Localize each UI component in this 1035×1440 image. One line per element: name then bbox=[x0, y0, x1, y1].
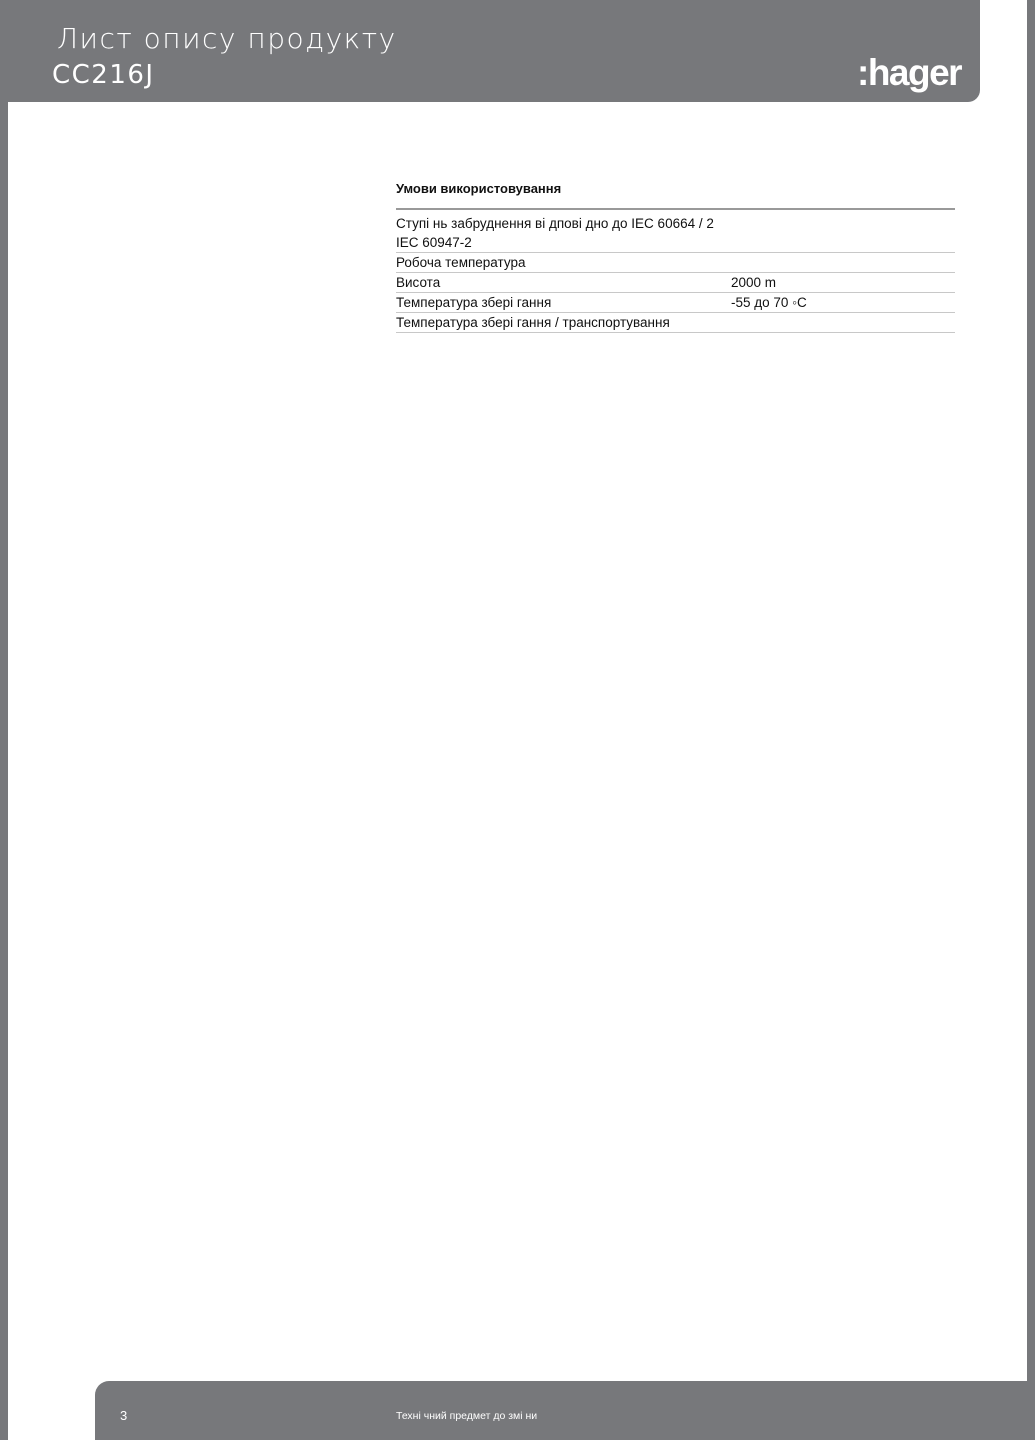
usage-conditions-section: Умови використовування Ступі нь забрудне… bbox=[396, 180, 955, 333]
left-border-strip bbox=[0, 0, 8, 1440]
row-value bbox=[731, 313, 955, 332]
table-row: Температура зберi гання / транспортуванн… bbox=[396, 313, 955, 333]
row-label: Температура зберi гання / транспортуванн… bbox=[396, 313, 731, 332]
row-label: Температура зберi гання bbox=[396, 293, 731, 312]
table-row: Ступі нь забруднення ві дпові дно до IEC… bbox=[396, 210, 955, 233]
page-number: 3 bbox=[120, 1408, 127, 1423]
footer-note: Техні чний предмет до змі ни bbox=[396, 1410, 537, 1422]
row-label: Ступі нь забруднення ві дпові дно до IEC… bbox=[396, 214, 714, 233]
right-border-strip bbox=[1027, 0, 1035, 1440]
row-value bbox=[731, 253, 955, 272]
row-value: -55 до 70 ◦C bbox=[731, 293, 955, 312]
table-row: IEC 60947-2 bbox=[396, 233, 955, 253]
row-value bbox=[731, 233, 955, 252]
row-value: 2000 m bbox=[731, 273, 955, 292]
row-label: Робоча температура bbox=[396, 253, 731, 272]
row-label: Висота bbox=[396, 273, 731, 292]
product-code: CC216J bbox=[52, 60, 155, 90]
row-label: IEC 60947-2 bbox=[396, 233, 731, 252]
section-title: Умови використовування bbox=[396, 180, 955, 210]
table-row: Висота 2000 m bbox=[396, 273, 955, 293]
page-header: Лист опису продукту CC216J :hager bbox=[0, 0, 980, 102]
hager-logo: :hager bbox=[857, 52, 961, 94]
table-row: Температура зберi гання -55 до 70 ◦C bbox=[396, 293, 955, 313]
table-row: Робоча температура bbox=[396, 253, 955, 273]
document-title: Лист опису продукту bbox=[57, 22, 397, 55]
page-footer: 3 Техні чний предмет до змі ни bbox=[95, 1381, 1035, 1440]
